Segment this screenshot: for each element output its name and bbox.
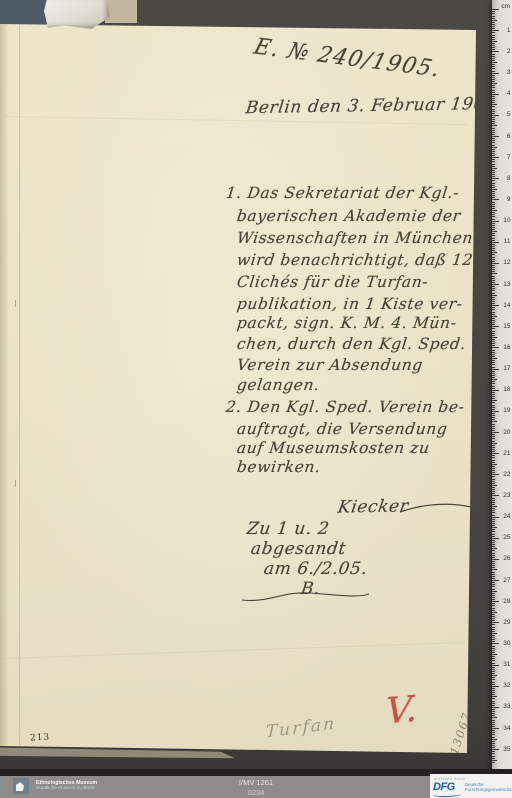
- ruler-tick: [492, 756, 495, 757]
- ruler-tick: [492, 540, 495, 541]
- ruler-tick: [492, 698, 495, 699]
- ruler-cm-label: 17: [503, 366, 510, 372]
- ruler-tick: [492, 694, 495, 695]
- ruler-tick: [492, 557, 495, 558]
- ruler-tick: [492, 174, 495, 175]
- ruler-tick: [492, 434, 495, 435]
- ruler-tick: [492, 383, 495, 384]
- ruler-tick: [492, 62, 497, 63]
- ruler-tick: [492, 749, 499, 750]
- ruler-tick: [492, 100, 495, 101]
- ruler-tick: [492, 589, 495, 590]
- ruler-tick: [492, 136, 499, 137]
- ruler-tick: [492, 140, 495, 141]
- ruler-tick: [492, 360, 495, 361]
- ruler-tick: [492, 197, 495, 198]
- ruler-tick: [492, 656, 495, 657]
- ruler-cm-label: 34: [503, 726, 510, 732]
- ruler-cm-label: 13: [503, 282, 510, 288]
- ruler-tick: [492, 658, 495, 659]
- ruler-cm-label: 26: [503, 556, 510, 562]
- torn-paper-scrap: [44, 0, 110, 29]
- ruler-tick: [492, 438, 495, 439]
- ruler-tick: [492, 559, 499, 560]
- ruler-tick: [492, 394, 495, 395]
- ruler-tick: [492, 43, 495, 44]
- ruler-tick: [492, 405, 495, 406]
- ruler-tick: [492, 157, 499, 158]
- document-page: E. № 240/1905. Berlin den 3. Februar 190…: [0, 0, 512, 798]
- ruler-tick: [492, 451, 495, 452]
- ruler-tick: [492, 421, 497, 422]
- ruler-tick: [492, 60, 495, 61]
- ruler-tick: [492, 183, 495, 184]
- ruler-tick: [492, 407, 495, 408]
- ruler-tick: [492, 337, 497, 338]
- ruler-tick: [492, 73, 499, 74]
- ruler-tick: [492, 13, 495, 14]
- ruler-tick: [492, 185, 495, 186]
- scanned-document-view: E. № 240/1905. Berlin den 3. Februar 190…: [0, 0, 512, 798]
- ruler-tick: [492, 591, 497, 592]
- ruler-cm-label: 27: [503, 578, 510, 584]
- ruler-tick: [492, 221, 499, 222]
- ruler-tick: [492, 567, 495, 568]
- ruler-tick: [492, 142, 495, 143]
- ruler-tick: [492, 172, 495, 173]
- ruler-tick: [492, 523, 495, 524]
- ruler-tick: [492, 470, 495, 471]
- ruler-tick: [492, 299, 495, 300]
- ruler-tick: [492, 66, 495, 67]
- initial-flourish: [238, 589, 373, 604]
- ruler-tick: [492, 586, 495, 587]
- ruler-tick: [492, 123, 495, 124]
- ruler-cm-label: 21: [503, 451, 510, 457]
- dateline: Berlin den 3. Februar 1905.: [244, 94, 503, 118]
- ruler-tick: [492, 379, 497, 380]
- table-background: [0, 0, 50, 26]
- ruler-tick: [492, 472, 495, 473]
- ruler-cm-label: 1: [507, 28, 511, 34]
- ruler-tick: [492, 328, 495, 329]
- ruler-tick: [492, 286, 495, 287]
- handwritten-line: chen, durch den Kgl. Sped.: [236, 335, 467, 353]
- ruler-tick: [492, 734, 495, 735]
- ruler-tick: [492, 324, 495, 325]
- ruler-cm-label: 30: [503, 641, 510, 647]
- ruler-tick: [492, 481, 495, 482]
- ruler-tick: [492, 231, 497, 232]
- ruler-tick: [492, 643, 499, 644]
- ruler-tick: [492, 64, 495, 65]
- ruler-tick: [492, 739, 497, 740]
- ruler-tick: [492, 176, 495, 177]
- ruler-tick: [492, 483, 495, 484]
- ruler-tick: [492, 41, 497, 42]
- ruler-tick: [492, 601, 499, 602]
- ruler-tick: [492, 724, 495, 725]
- ruler-tick: [492, 159, 495, 160]
- ruler-tick: [492, 550, 495, 551]
- ruler-tick: [492, 32, 495, 33]
- ruler-tick: [492, 269, 495, 270]
- ruler-tick: [492, 18, 495, 19]
- ruler-tick: [492, 525, 495, 526]
- ruler-cm-label: 32: [503, 683, 510, 689]
- ruler-tick: [492, 180, 495, 181]
- ruler-tick: [492, 620, 495, 621]
- ruler-tick: [492, 77, 495, 78]
- ruler-tick: [492, 618, 495, 619]
- ruler-tick: [492, 282, 495, 283]
- ruler-tick: [492, 400, 497, 401]
- ruler-tick: [492, 498, 495, 499]
- ruler-tick: [492, 715, 495, 716]
- ruler-tick: [492, 760, 497, 761]
- ruler-tick: [492, 616, 495, 617]
- ruler-tick: [492, 35, 495, 36]
- ruler-tick: [492, 343, 495, 344]
- ruler-tick: [492, 331, 495, 332]
- ruler-tick: [492, 320, 495, 321]
- ruler-tick: [492, 119, 495, 120]
- ruler-tick: [492, 548, 497, 549]
- ruler-tick: [492, 527, 497, 528]
- ruler-tick: [492, 109, 495, 110]
- ruler-tick: [492, 515, 495, 516]
- ruler-tick: [492, 413, 495, 414]
- ruler-tick: [492, 686, 499, 687]
- ruler-tick: [492, 673, 495, 674]
- handwritten-line: 2. Den Kgl. Sped. Verein be-: [225, 398, 466, 416]
- ruler-tick: [492, 386, 495, 387]
- ruler-tick: [492, 153, 495, 154]
- ruler-tick: [492, 654, 497, 655]
- ruler-tick: [492, 216, 495, 217]
- ruler-tick: [492, 30, 499, 31]
- ruler-tick: [492, 227, 495, 228]
- ruler-cm-label: 35: [503, 747, 510, 753]
- ruler-tick: [492, 145, 495, 146]
- dfg-swoosh-icon: [433, 792, 461, 797]
- ruler-tick: [492, 745, 495, 746]
- binding-stitch: [15, 300, 20, 307]
- handwritten-line: Clichés für die Turfan-: [236, 273, 429, 291]
- dispatch-note-line: am 6./2.05.: [263, 559, 369, 579]
- ruler-tick: [492, 747, 495, 748]
- ruler-tick: [492, 542, 495, 543]
- ruler-tick: [492, 85, 495, 86]
- ruler-tick: [492, 597, 495, 598]
- ruler-tick: [492, 411, 499, 412]
- ruler-tick: [492, 415, 495, 416]
- footer-bar: Ethnologisches Museum Staatliche Museen …: [0, 776, 512, 798]
- ruler-cm-label: 8: [507, 176, 511, 182]
- ruler-tick: [492, 726, 495, 727]
- ruler-tick: [492, 417, 495, 418]
- ruler-tick: [492, 130, 495, 131]
- ruler-cm-label: 29: [503, 620, 510, 626]
- ruler-tick: [492, 161, 495, 162]
- ruler-tick: [492, 206, 495, 207]
- ruler-tick: [492, 51, 499, 52]
- ruler-tick: [492, 39, 495, 40]
- ruler-tick: [492, 737, 495, 738]
- ruler-tick: [492, 679, 495, 680]
- ruler-tick: [492, 424, 495, 425]
- ruler-tick: [492, 447, 495, 448]
- ruler-tick: [492, 671, 495, 672]
- ruler-tick: [492, 37, 495, 38]
- ruler-tick: [492, 250, 495, 251]
- ruler-cm-label: 20: [503, 430, 510, 436]
- dispatch-note-line: abgesandt: [250, 539, 347, 559]
- signature-flourish: [398, 500, 474, 516]
- ruler-tick: [492, 457, 495, 458]
- ruler-tick: [492, 703, 495, 704]
- ruler-tick: [492, 646, 495, 647]
- ruler-tick: [492, 466, 495, 467]
- ruler-tick: [492, 371, 495, 372]
- ruler-tick: [492, 487, 495, 488]
- ruler-tick: [492, 362, 495, 363]
- ruler-tick: [492, 531, 495, 532]
- ruler-tick: [492, 354, 495, 355]
- ruler-tick: [492, 128, 495, 129]
- ruler-tick: [492, 555, 495, 556]
- ruler-tick: [492, 28, 495, 29]
- ruler-tick: [492, 155, 495, 156]
- ruler-tick: [492, 599, 495, 600]
- ruler-tick: [492, 713, 495, 714]
- ruler-tick: [492, 22, 495, 23]
- ruler-tick: [492, 692, 495, 693]
- ruler-tick: [492, 538, 499, 539]
- ruler-tick: [492, 204, 495, 205]
- ruler-tick: [492, 572, 495, 573]
- ruler-tick: [492, 164, 495, 165]
- ruler-tick: [492, 92, 495, 93]
- ruler-tick: [492, 504, 495, 505]
- ruler-tick: [492, 684, 495, 685]
- ruler-tick: [492, 730, 495, 731]
- ruler-tick: [492, 419, 495, 420]
- ruler-tick: [492, 561, 495, 562]
- measurement-ruler: cm 1234567891011121314151617181920212223…: [492, 0, 512, 772]
- dispatch-note-line: Zu 1 u. 2: [246, 519, 331, 539]
- ruler-tick: [492, 762, 495, 763]
- ruler-tick: [492, 436, 495, 437]
- ruler-tick: [492, 574, 495, 575]
- ruler-tick: [492, 667, 495, 668]
- ruler-tick: [492, 16, 495, 17]
- ruler-tick: [492, 732, 495, 733]
- ruler-tick: [492, 54, 495, 55]
- ruler-tick: [492, 193, 495, 194]
- handwritten-line: auf Museumskosten zu: [236, 439, 431, 457]
- ruler-cm-label: 10: [503, 218, 510, 224]
- ruler-tick: [492, 474, 499, 475]
- ruler-tick: [492, 45, 495, 46]
- ruler-cm-label: 14: [503, 303, 510, 309]
- ruler-tick: [492, 430, 495, 431]
- ruler-tick: [492, 627, 495, 628]
- ruler-tick: [492, 246, 495, 247]
- ruler-tick: [492, 367, 495, 368]
- handwritten-line: Wissenschaften in München: [236, 229, 474, 247]
- ruler-tick: [492, 322, 495, 323]
- ruler-tick: [492, 428, 495, 429]
- ruler-tick: [492, 495, 499, 496]
- ruler-tick: [492, 392, 495, 393]
- ruler-tick: [492, 316, 497, 317]
- ruler-tick: [492, 445, 495, 446]
- ruler-tick: [492, 707, 499, 708]
- ruler-tick: [492, 582, 495, 583]
- ruler-tick: [492, 595, 495, 596]
- ruler-tick: [492, 593, 495, 594]
- ruler-tick: [492, 622, 499, 623]
- ruler-tick: [492, 677, 495, 678]
- ruler-tick: [492, 629, 495, 630]
- ruler-tick: [492, 605, 495, 606]
- ruler-tick: [492, 238, 495, 239]
- ruler-tick: [492, 47, 495, 48]
- ruler-tick: [492, 409, 495, 410]
- ruler-tick: [492, 259, 495, 260]
- reference-number: E. № 240/1905.: [251, 34, 444, 82]
- ruler-tick: [492, 432, 499, 433]
- ruler-tick: [492, 711, 495, 712]
- ruler-tick: [492, 553, 495, 554]
- ruler-tick: [492, 257, 495, 258]
- ruler-tick: [492, 326, 499, 327]
- ruler-tick: [492, 546, 495, 547]
- ruler-tick: [492, 364, 495, 365]
- ruler-tick: [492, 377, 495, 378]
- ruler-cm-label: 5: [507, 112, 511, 118]
- ruler-cm-label: 2: [507, 49, 511, 55]
- handwritten-line: auftragt, die Versendung: [236, 420, 449, 438]
- ruler-tick: [492, 229, 495, 230]
- ruler-cm-label: 15: [503, 324, 510, 330]
- ruler-tick: [492, 635, 495, 636]
- ruler-tick: [492, 510, 495, 511]
- ruler-tick: [492, 106, 495, 107]
- ruler-tick: [492, 149, 495, 150]
- ruler-tick: [492, 580, 499, 581]
- ruler-cm-label: 4: [507, 91, 511, 97]
- ruler-cm-label: 19: [503, 408, 510, 414]
- ruler-tick: [492, 373, 495, 374]
- ruler-tick: [492, 187, 495, 188]
- ruler-tick: [492, 717, 497, 718]
- ruler-tick: [492, 20, 497, 21]
- ruler-tick: [492, 168, 497, 169]
- ruler-tick: [492, 252, 497, 253]
- ruler-tick: [492, 301, 495, 302]
- dfg-logo-icon: DFG: [433, 781, 455, 793]
- page-fold-line: [19, 24, 21, 746]
- ruler-tick: [492, 75, 495, 76]
- ruler-cm-label: 28: [503, 599, 510, 605]
- ruler-tick: [492, 87, 495, 88]
- ruler-tick: [492, 214, 495, 215]
- ruler-tick: [492, 202, 495, 203]
- ruler-tick: [492, 536, 495, 537]
- ruler-tick: [492, 614, 495, 615]
- ruler-tick: [492, 56, 495, 57]
- binding-stitch: [15, 480, 20, 487]
- ruler-tick: [492, 576, 495, 577]
- ruler-tick: [492, 709, 495, 710]
- ruler-tick: [492, 307, 495, 308]
- ruler-tick: [492, 235, 495, 236]
- ruler-tick: [492, 690, 495, 691]
- handwritten-line: Verein zur Absendung: [236, 356, 424, 374]
- handwritten-line: packt, sign. K. M. 4. Mün-: [236, 314, 458, 332]
- ruler-tick: [492, 529, 495, 530]
- ruler-tick: [492, 350, 495, 351]
- ruler-tick: [492, 603, 495, 604]
- ruler-tick: [492, 521, 495, 522]
- ruler-tick: [492, 758, 495, 759]
- ruler-tick: [492, 199, 499, 200]
- ruler-tick: [492, 381, 495, 382]
- paper-fragment-shadow: [105, 0, 137, 23]
- ruler-tick: [492, 489, 495, 490]
- ruler-tick: [492, 464, 497, 465]
- ruler-tick: [492, 273, 497, 274]
- ruler-tick: [492, 225, 495, 226]
- ruler-tick: [492, 312, 495, 313]
- ruler-cm-label: 9: [507, 197, 511, 203]
- ruler-tick: [492, 138, 495, 139]
- ruler-tick: [492, 631, 495, 632]
- ruler-tick: [492, 94, 499, 95]
- handwritten-line: bewirken.: [236, 458, 322, 476]
- folio-number-stamp: 213: [30, 732, 51, 743]
- ruler-tick: [492, 49, 495, 50]
- handwritten-line: publikation, in 1 Kiste ver-: [236, 295, 464, 313]
- ruler-tick: [492, 426, 495, 427]
- ruler-tick: [492, 441, 495, 442]
- ruler-tick: [492, 506, 497, 507]
- ruler-tick: [492, 534, 495, 535]
- pencil-annotation: Turfan: [265, 714, 336, 742]
- ruler-tick: [492, 544, 495, 545]
- ruler-tick: [492, 455, 495, 456]
- ruler-tick: [492, 398, 495, 399]
- ruler-tick: [492, 295, 497, 296]
- ruler-tick: [492, 705, 495, 706]
- ruler-tick: [492, 305, 499, 306]
- ruler-cm-label: 22: [503, 472, 510, 478]
- ruler-cm-label: 25: [503, 535, 510, 541]
- ruler-tick: [492, 195, 495, 196]
- ruler-tick: [492, 502, 495, 503]
- ruler-tick: [492, 369, 499, 370]
- page-left-edge-shade: [0, 24, 9, 746]
- ruler-tick: [492, 479, 495, 480]
- ruler-tick: [492, 314, 495, 315]
- ruler-tick: [492, 102, 495, 103]
- ruler-tick: [492, 637, 495, 638]
- ruler-tick: [492, 402, 495, 403]
- dfg-logo-box: gefördert durch DFG Deutsche Forschungsg…: [430, 774, 512, 798]
- ruler-tick: [492, 512, 495, 513]
